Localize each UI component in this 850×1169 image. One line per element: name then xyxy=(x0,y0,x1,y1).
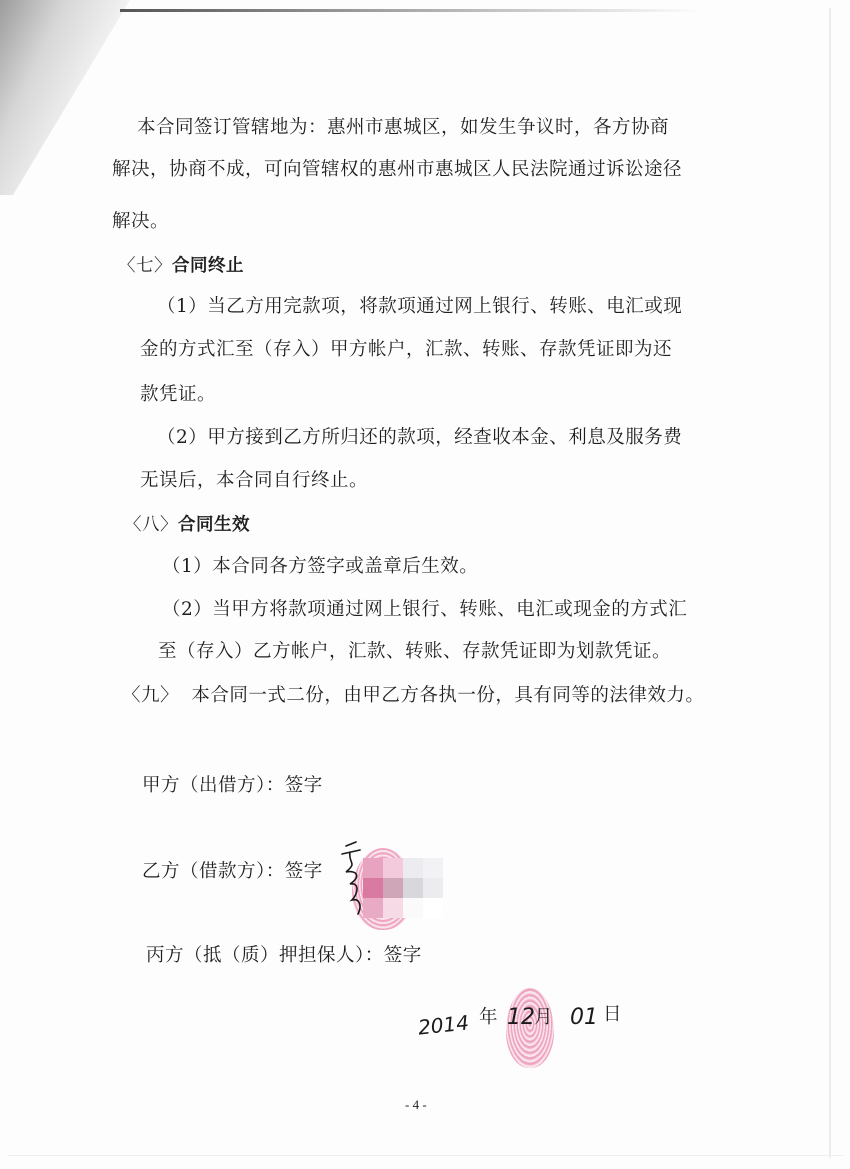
date-year: 2014 xyxy=(417,1010,470,1039)
jurisdiction-line-3: 解决。 xyxy=(112,211,169,233)
party-c-signature-label: 丙方（抵（质）押担保人）：签字 xyxy=(146,945,422,967)
date-day-label: 日 xyxy=(603,1004,622,1026)
date-day: 01 xyxy=(570,1005,598,1030)
section-8-item-2-line-1: （2）当甲方将款项通过网上银行、转账、电汇或现金的方式汇 xyxy=(162,599,687,621)
section-7-heading: 〈七〉合同终止 xyxy=(118,255,244,277)
page-number: - 4 - xyxy=(405,1097,427,1113)
section-7-item-1-line-3: 款凭证。 xyxy=(140,384,216,406)
page-right-edge xyxy=(829,8,831,1158)
party-b-signature-label: 乙方（借款方）：签字 xyxy=(142,861,323,883)
page-top-edge xyxy=(120,9,700,12)
section-8-number: 〈八〉 xyxy=(124,515,178,535)
date-month-label: 月 xyxy=(534,1007,553,1029)
jurisdiction-line-2: 解决，协商不成，可向管辖权的惠州市惠城区人民法院通过诉讼途径 xyxy=(112,159,682,181)
jurisdiction-line-1: 本合同签订管辖地为：惠州市惠城区，如发生争议时，各方协商 xyxy=(137,117,669,139)
document-page: 本合同签订管辖地为：惠州市惠城区，如发生争议时，各方协商 解决，协商不成，可向管… xyxy=(0,0,850,1169)
page-bottom-edge xyxy=(8,1155,843,1156)
section-9-number: 〈九〉 xyxy=(122,685,179,706)
section-9-text: 本合同一式二份，由甲乙方各执一份，具有同等的法律效力。 xyxy=(191,685,704,706)
section-7-item-1-line-1: （1）当乙方用完款项，将款项通过网上银行、转账、电汇或现 xyxy=(157,296,682,318)
date-year-label: 年 xyxy=(479,1007,498,1029)
section-7-item-2-line-2: 无误后，本合同自行终止。 xyxy=(140,470,368,492)
handwritten-signature-icon xyxy=(338,840,378,920)
section-7-item-1-line-2: 金的方式汇至（存入）甲方帐户，汇款、转账、存款凭证即为还 xyxy=(140,339,672,361)
folded-corner xyxy=(0,0,130,195)
section-8-item-1: （1）本合同各方签字或盖章后生效。 xyxy=(162,556,478,578)
section-9: 〈九〉 本合同一式二份，由甲乙方各执一份，具有同等的法律效力。 xyxy=(122,685,704,707)
date-month: 12 xyxy=(507,1005,535,1030)
section-7-item-2-line-1: （2）甲方接到乙方所归还的款项，经查收本金、利息及服务费 xyxy=(157,427,682,449)
section-7-title: 合同终止 xyxy=(172,256,244,276)
section-8-title: 合同生效 xyxy=(178,515,250,535)
section-7-number: 〈七〉 xyxy=(118,256,172,276)
section-8-item-2-line-2: 至（存入）乙方帐户，汇款、转账、存款凭证即为划款凭证。 xyxy=(158,641,671,663)
party-a-signature-label: 甲方（出借方）：签字 xyxy=(142,775,323,797)
section-8-heading: 〈八〉合同生效 xyxy=(124,514,250,536)
